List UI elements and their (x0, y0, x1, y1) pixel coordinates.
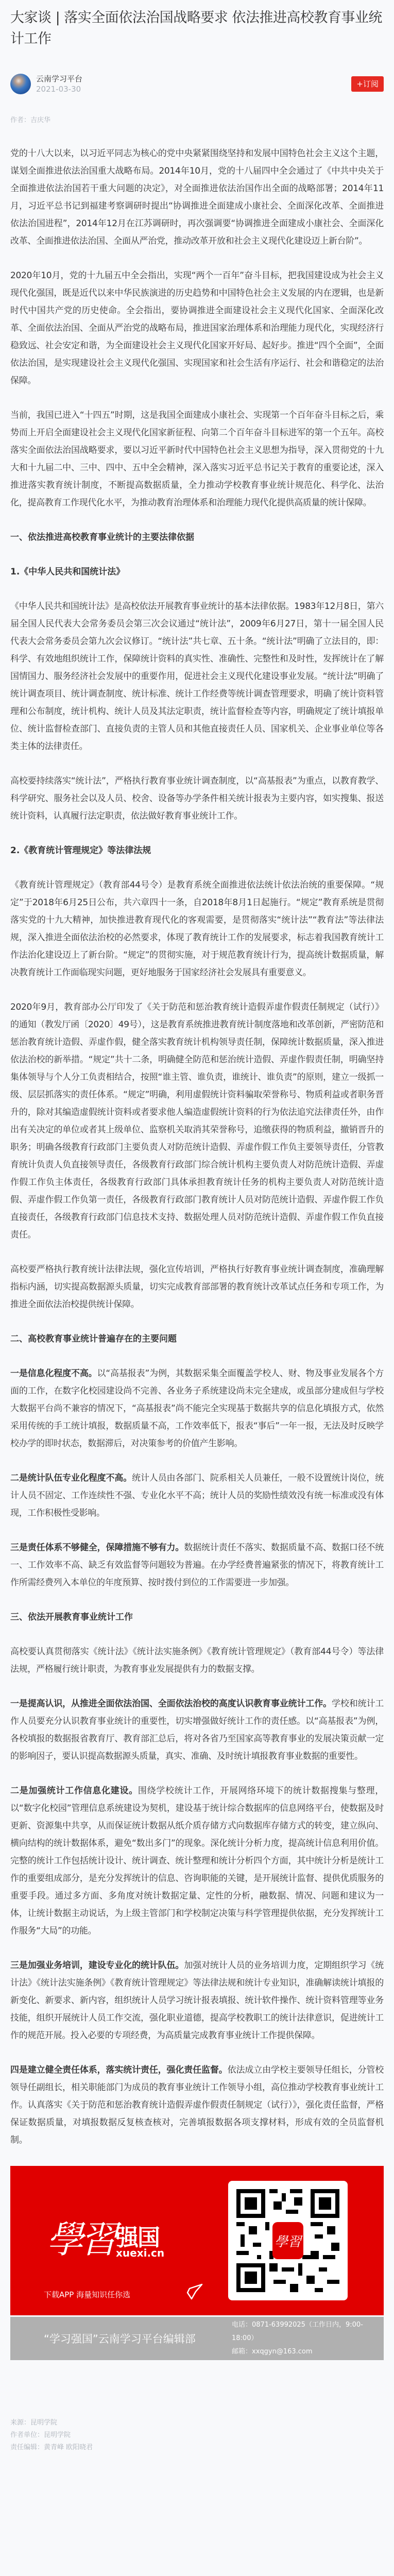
paragraph-lead: 三是加强业务培训，建设专业化的统计队伍。 (10, 1960, 184, 1971)
section-heading: 三、依法开展教育事业统计工作 (10, 1608, 384, 1626)
paragraph-lead: 一是信息化程度不高。 (10, 1368, 97, 1379)
paragraph: 党的十八大以来，以习近平同志为核心的党中央紧紧围绕坚持和发展中国特色社会主义这个… (10, 145, 384, 250)
xuexi-app-banner[interactable]: 學習 强国 xuexi.cn 下载APP 海量知识任你选 學習 (10, 2166, 384, 2315)
arrow-icon (184, 2281, 205, 2302)
paragraph: 二是统计队伍专业化程度不高。统计人员由各部门、院系相关人员兼任，一般不设置统计岗… (10, 1469, 384, 1522)
paragraph: 四是建立健全责任体系，落实统计责任，强化责任监督。依法成立由学校主要领导任组长，… (10, 2061, 384, 2149)
qr-code-card[interactable]: 學習 (228, 2181, 348, 2300)
editorial-email[interactable]: 邮箱：xxqgyn@163.com (232, 2345, 384, 2359)
paragraph: 三是加强业务培训，建设专业化的统计队伍。加强对统计人员的业务培训力度，定期组织学… (10, 1957, 384, 2044)
xuexi-logo: 學習 强国 xuexi.cn (41, 2189, 185, 2292)
paragraph-lead: 二是加强统计工作信息化建设。 (10, 1786, 138, 1796)
section-heading: 2.《教育统计管理规定》等法律法规 (10, 842, 384, 859)
paragraph-lead: 二是统计队伍专业化程度不高。 (10, 1473, 132, 1483)
article-body: 党的十八大以来，以习近平同志为核心的党中央紧紧围绕坚持和发展中国特色社会主义这个… (10, 145, 384, 2149)
paragraph: 2020年9月，教育部办公厅印发了《关于防范和惩治教育统计造假弄虚作假责任制规定… (10, 998, 384, 1244)
paragraph: 一是提高认识，从推进全面依法治国、全面依法治校的高度认识教育事业统计工作。学校和… (10, 1695, 384, 1765)
editorial-phone: 电话：0871-63992025（工作日内，9:00-18:00） (232, 2318, 384, 2345)
publish-date: 2021-03-30 (36, 84, 351, 94)
qr-center-logo: 學習 (272, 2222, 303, 2259)
article-meta: 来源：昆明学院 作者单位：昆明学院 责任编辑：黄青峰 欧阳晓君 (10, 2417, 384, 2454)
editorial-contact: 电话：0871-63992025（工作日内，9:00-18:00） 邮箱：xxq… (232, 2318, 384, 2359)
section-heading: 二、高校教育事业统计普遍存在的主要问题 (10, 1330, 384, 1348)
paragraph-text: 依法成立由学校主要领导任组长，分管校领导任副组长，相关职能部门为成员的教育事业统… (10, 2065, 384, 2145)
section-heading: 1.《中华人民共和国统计法》 (10, 563, 384, 581)
paragraph: 高校要认真贯彻落实《统计法》《统计法实施条例》《教育统计管理规定》（教育部44号… (10, 1643, 384, 1678)
publisher-avatar[interactable] (10, 74, 31, 94)
paragraph: 当前，我国已进入“十四五”时期，这是我国全面建成小康社会、实现第一个百年奋斗目标… (10, 406, 384, 512)
paragraph: 二是加强统计工作信息化建设。围绕学校统计工作，开展网络环境下的统计数据搜集与整理… (10, 1782, 384, 1940)
article-page: 大家谈 | 落实全面依法治国战略要求 依法推进高校教育事业统计工作 云南学习平台… (0, 0, 394, 2475)
section-heading: 一、依法推进高校教育事业统计的主要法律依据 (10, 529, 384, 546)
banner-slogan: 下载APP 海量知识任你选 (44, 2289, 130, 2300)
meta-editor: 责任编辑：黄青峰 欧阳晓君 (10, 2442, 384, 2454)
meta-author-unit: 作者单位：昆明学院 (10, 2429, 384, 2442)
subscribe-button[interactable]: +订阅 (351, 76, 384, 92)
paragraph-text: 围绕学校统计工作，开展网络环境下的统计数据搜集与整理，以“数字化校园”管理信息系… (10, 1786, 384, 1936)
paragraph: 高校要持续落实“统计法”，严格执行教育事业统计调查制度，以“高基报表”为重点，以… (10, 772, 384, 825)
article-author: 作者：吉庆华 (10, 114, 384, 124)
paragraph-lead: 四是建立健全责任体系，落实统计责任，强化责任监督。 (10, 2065, 228, 2075)
publisher-name[interactable]: 云南学习平台 (36, 74, 351, 84)
publisher-info: 云南学习平台 2021-03-30 (36, 74, 351, 94)
editorial-name: “学习强国”云南学习平台编辑部 (44, 2331, 232, 2346)
meta-source: 来源：昆明学院 (10, 2417, 384, 2429)
paragraph: 一是信息化程度不高。以“高基报表”为例，其数据采集全面覆盖学校人、财、物及事业发… (10, 1365, 384, 1452)
paragraph: 高校要严格执行教育统计法律法规，强化宣传培训，严格执行好教育事业统计调查制度，准… (10, 1261, 384, 1313)
paragraph-text: 加强对统计人员的业务培训力度，定期组织学习《统计法》《统计法实施条例》《教育统计… (10, 1960, 384, 2041)
paragraph-lead: 一是提高认识，从推进全面依法治国、全面依法治校的高度认识教育事业统计工作。 (10, 1699, 332, 1709)
paragraph-text: 以“高基报表”为例，其数据采集全面覆盖学校人、财、物及事业发展各个方面的工作，在… (10, 1368, 384, 1449)
editorial-footer: “学习强国”云南学习平台编辑部 电话：0871-63992025（工作日内，9:… (10, 2317, 384, 2360)
paragraph-lead: 三是责任体系不够健全，保障措施不够有力。 (10, 1543, 184, 1553)
paragraph: 《教育统计管理规定》（教育部44号令）是教育系统全面推进依法统计依法治统的重要保… (10, 876, 384, 981)
article-title: 大家谈 | 落实全面依法治国战略要求 依法推进高校教育事业统计工作 (10, 7, 384, 49)
paragraph: 2020年10月，党的十九届五中全会指出，实现“两个一百年”奋斗目标，把我国建设… (10, 267, 384, 389)
publisher-row: 云南学习平台 2021-03-30 +订阅 (10, 72, 384, 96)
paragraph: 三是责任体系不够健全，保障措施不够有力。数据统计责任不落实、数据质量不高、数据口… (10, 1539, 384, 1591)
paragraph: 《中华人民共和国统计法》是高校依法开展教育事业统计的基本法律依据。1983年12… (10, 598, 384, 755)
logo-script: 學習 (46, 2210, 114, 2263)
logo-url: xuexi.cn (116, 2247, 164, 2259)
